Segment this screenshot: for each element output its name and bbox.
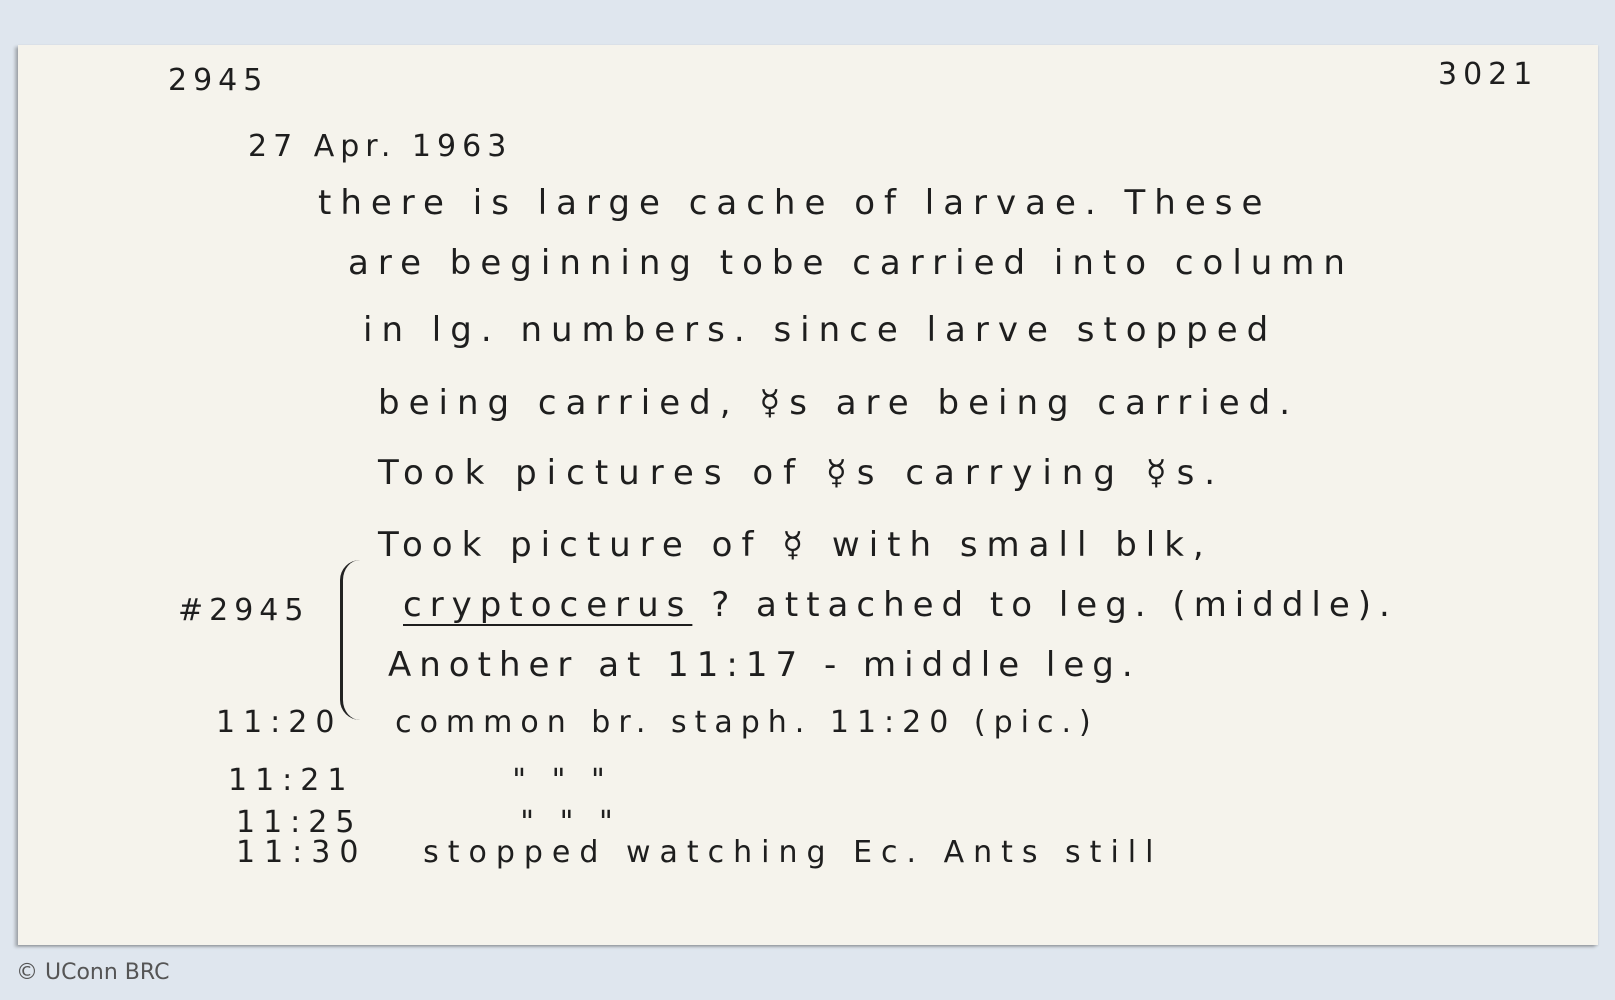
species-name: cryptocerus (403, 585, 692, 625)
card-number-left: 2945 (168, 63, 268, 98)
bracket-line-2-rest: ? attached to leg. (middle). (711, 585, 1398, 625)
log-text: stopped watching Ec. Ants still (423, 835, 1162, 870)
note-line-2: are beginning tobe carried into column (348, 243, 1354, 283)
log-entry-2: 11:21 " " " (228, 763, 613, 798)
bracket (340, 560, 367, 720)
field-note-card: 2945 3021 27 Apr. 1963 there is large ca… (18, 45, 1598, 945)
log-entry-4: 11:30 stopped watching Ec. Ants still (236, 835, 1162, 870)
bracket-line-3: Another at 11:17 - middle leg. (388, 645, 1141, 685)
log-text: " " " (512, 763, 612, 798)
copyright-credit: © UConn BRC (16, 960, 169, 985)
log-time: 11:21 (228, 763, 354, 798)
note-line-4: being carried, ☿s are being carried. (378, 383, 1299, 423)
card-number-right: 3021 (1438, 57, 1538, 92)
note-line-3: in lg. numbers. since larve stopped (363, 310, 1277, 350)
specimen-number: #2945 (178, 593, 309, 628)
note-line-5: Took pictures of ☿s carrying ☿s. (378, 453, 1225, 493)
note-date: 27 Apr. 1963 (248, 129, 512, 164)
bracket-line-2: cryptocerus ? attached to leg. (middle). (403, 585, 1398, 625)
note-line-1: there is large cache of larvae. These (318, 183, 1271, 223)
log-entry-1: 11:20 common br. staph. 11:20 (pic.) (216, 705, 1099, 740)
log-time: 11:20 (216, 705, 342, 740)
log-time: 11:30 (236, 835, 367, 870)
bracket-line-1: Took picture of ☿ with small blk, (378, 525, 1213, 565)
log-text: common br. staph. 11:20 (pic.) (395, 705, 1099, 740)
